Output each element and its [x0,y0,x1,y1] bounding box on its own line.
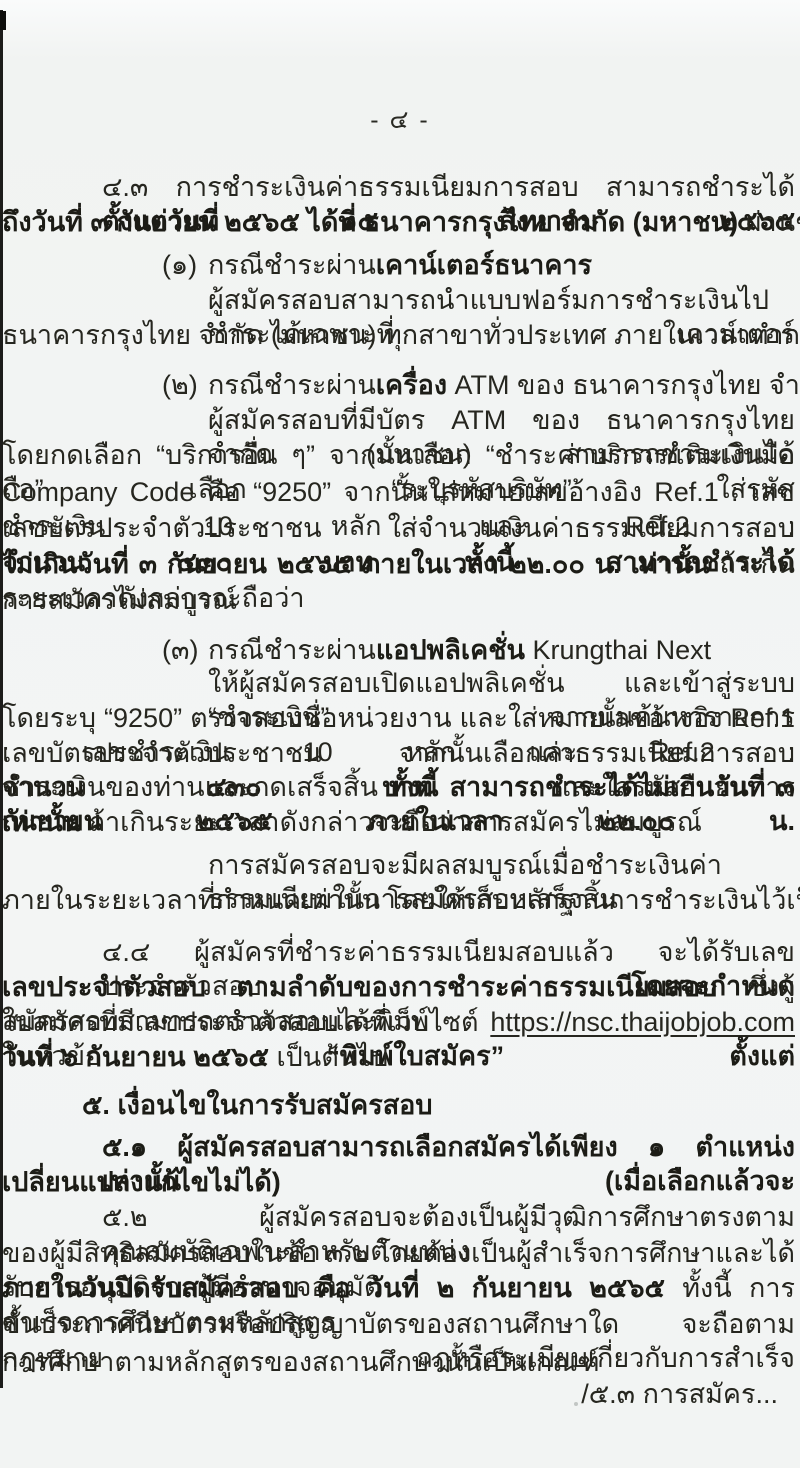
text-segment: ๔.๓ การชำระเงินค่าธรรมเนียมการสอบ สามารถ… [102,172,795,202]
text-segment: ภายในระยะเวลาที่กำหนดเท่านั้น โดยให้เก็บ… [2,885,800,915]
text-segment: กรณีชำระผ่าน [208,635,376,665]
text-segment: ภายในวันปิดรับสมัครสอบ คือ วันที่ ๒ กันย… [2,1273,665,1303]
text-segment: เลขบัตรประจำตัวประชาชน จากนั้นเลือกค่าธร… [2,738,795,768]
text-segment: ผ่านช่องทางต่าง ๆ ดังนี้ [738,207,800,237]
text-segment: ธนาคารกรุงไทย จำกัด (มหาชน) ทุกสาขาทั่วป… [2,320,800,350]
text-segment: (๒) [162,368,208,402]
text-line: ธนาคารกรุงไทย จำกัด (มหาชน) ทุกสาขาทั่วป… [2,318,795,352]
text-line: ภายในระยะเวลาที่กำหนดเท่านั้น โดยให้เก็บ… [2,883,795,917]
text-segment: ชำระเงินของท่านและกดเสร็จสิ้น [2,772,389,802]
text-segment: เท่านั้น [2,807,81,837]
text-segment: เคาน์เตอร์ธนาคาร [376,250,592,280]
text-segment: แอปพลิเคชั่น [376,635,525,665]
text-segment: ได้ที่ ธนาคารกรุงไทย จำกัด (มหาชน) [307,207,738,237]
text-line: (๓)กรณีชำระผ่านแอปพลิเคชั่น Krungthai Ne… [162,633,795,667]
text-line: การสมัครไม่สมบูรณ์ [2,583,795,617]
text-segment: ถ้าเกินระยะเวลาดังกล่าวจะถือว่าการสมัครไ… [81,807,702,837]
text-line: ๕. เงื่อนไขในการรับสมัครสอบ [82,1088,795,1122]
text-segment: เปลี่ยนแปลงแก้ไขไม่ได้) [2,1167,281,1197]
scan-speckle [574,1402,578,1406]
text-line: (๒)กรณีชำระผ่านเครื่อง ATM ของ ธนาคารกรุ… [162,368,795,402]
text-segment: การศึกษาตามหลักสูตรของสถานศึกษานั้นเป็นเ… [2,1347,600,1377]
text-line: เปลี่ยนแปลงแก้ไขไม่ได้) [2,1165,795,1199]
text-line: (๑)กรณีชำระผ่านเคาน์เตอร์ธนาคาร [162,248,795,282]
text-segment: วันที่ ๖ กันยายน ๒๕๖๕ [2,1042,269,1072]
text-segment: Krungthai Next [525,635,711,665]
text-segment: กรณีชำระผ่าน [208,370,376,400]
text-segment: (๓) [162,633,208,667]
text-line: ถึงวันที่ ๓ กันยายน ๒๕๖๕ ได้ที่ ธนาคารกร… [2,205,795,239]
text-segment: ถึงวันที่ ๓ กันยายน ๒๕๖๕ [2,207,307,237]
text-segment: ๕. เงื่อนไขในการรับสมัครสอบ [82,1090,433,1120]
text-line: เท่านั้น ถ้าเกินระยะเวลาดังกล่าวจะถือว่า… [2,805,795,839]
text-segment: เป็นต้นไป [269,1042,388,1072]
text-segment: กรณีชำระผ่าน [208,250,376,280]
document-page: - ๔ - ๔.๓ การชำระเงินค่าธรรมเนียมการสอบ … [0,0,800,1468]
scan-edge-notch [0,11,6,30]
website-url: https://nsc.thaijobjob.com [490,1007,795,1037]
continuation-marker: /๕.๓ การสมัคร... [581,1372,778,1415]
text-line: วันที่ ๖ กันยายน ๒๕๖๕ เป็นต้นไป [2,1040,795,1074]
page-number: - ๔ - [0,100,800,140]
text-segment: (๑) [162,248,208,282]
text-segment: เครื่อง [376,370,447,400]
text-segment: ATM ของ ธนาคารกรุงไทย จำกัด (มหาชน) [447,370,800,400]
text-segment: เลขประจำตัวสอบ ตามลำดับของการชำระค่าธรรม… [2,972,717,1002]
text-segment: การสมัครไม่สมบูรณ์ [2,585,237,615]
text-segment: เลขบัตรประจำตัวประชาชน ใส่จำนวนเงินค่าธร… [2,513,795,543]
text-segment: ใบสมัครที่มีเลขประจำตัวสอบได้ที่เว็บไซต์ [2,1007,490,1037]
text-segment: ไม่เกินวันที่ ๓ กันยายน ๒๕๖๕ ภายในเวลา ๒… [2,549,710,579]
